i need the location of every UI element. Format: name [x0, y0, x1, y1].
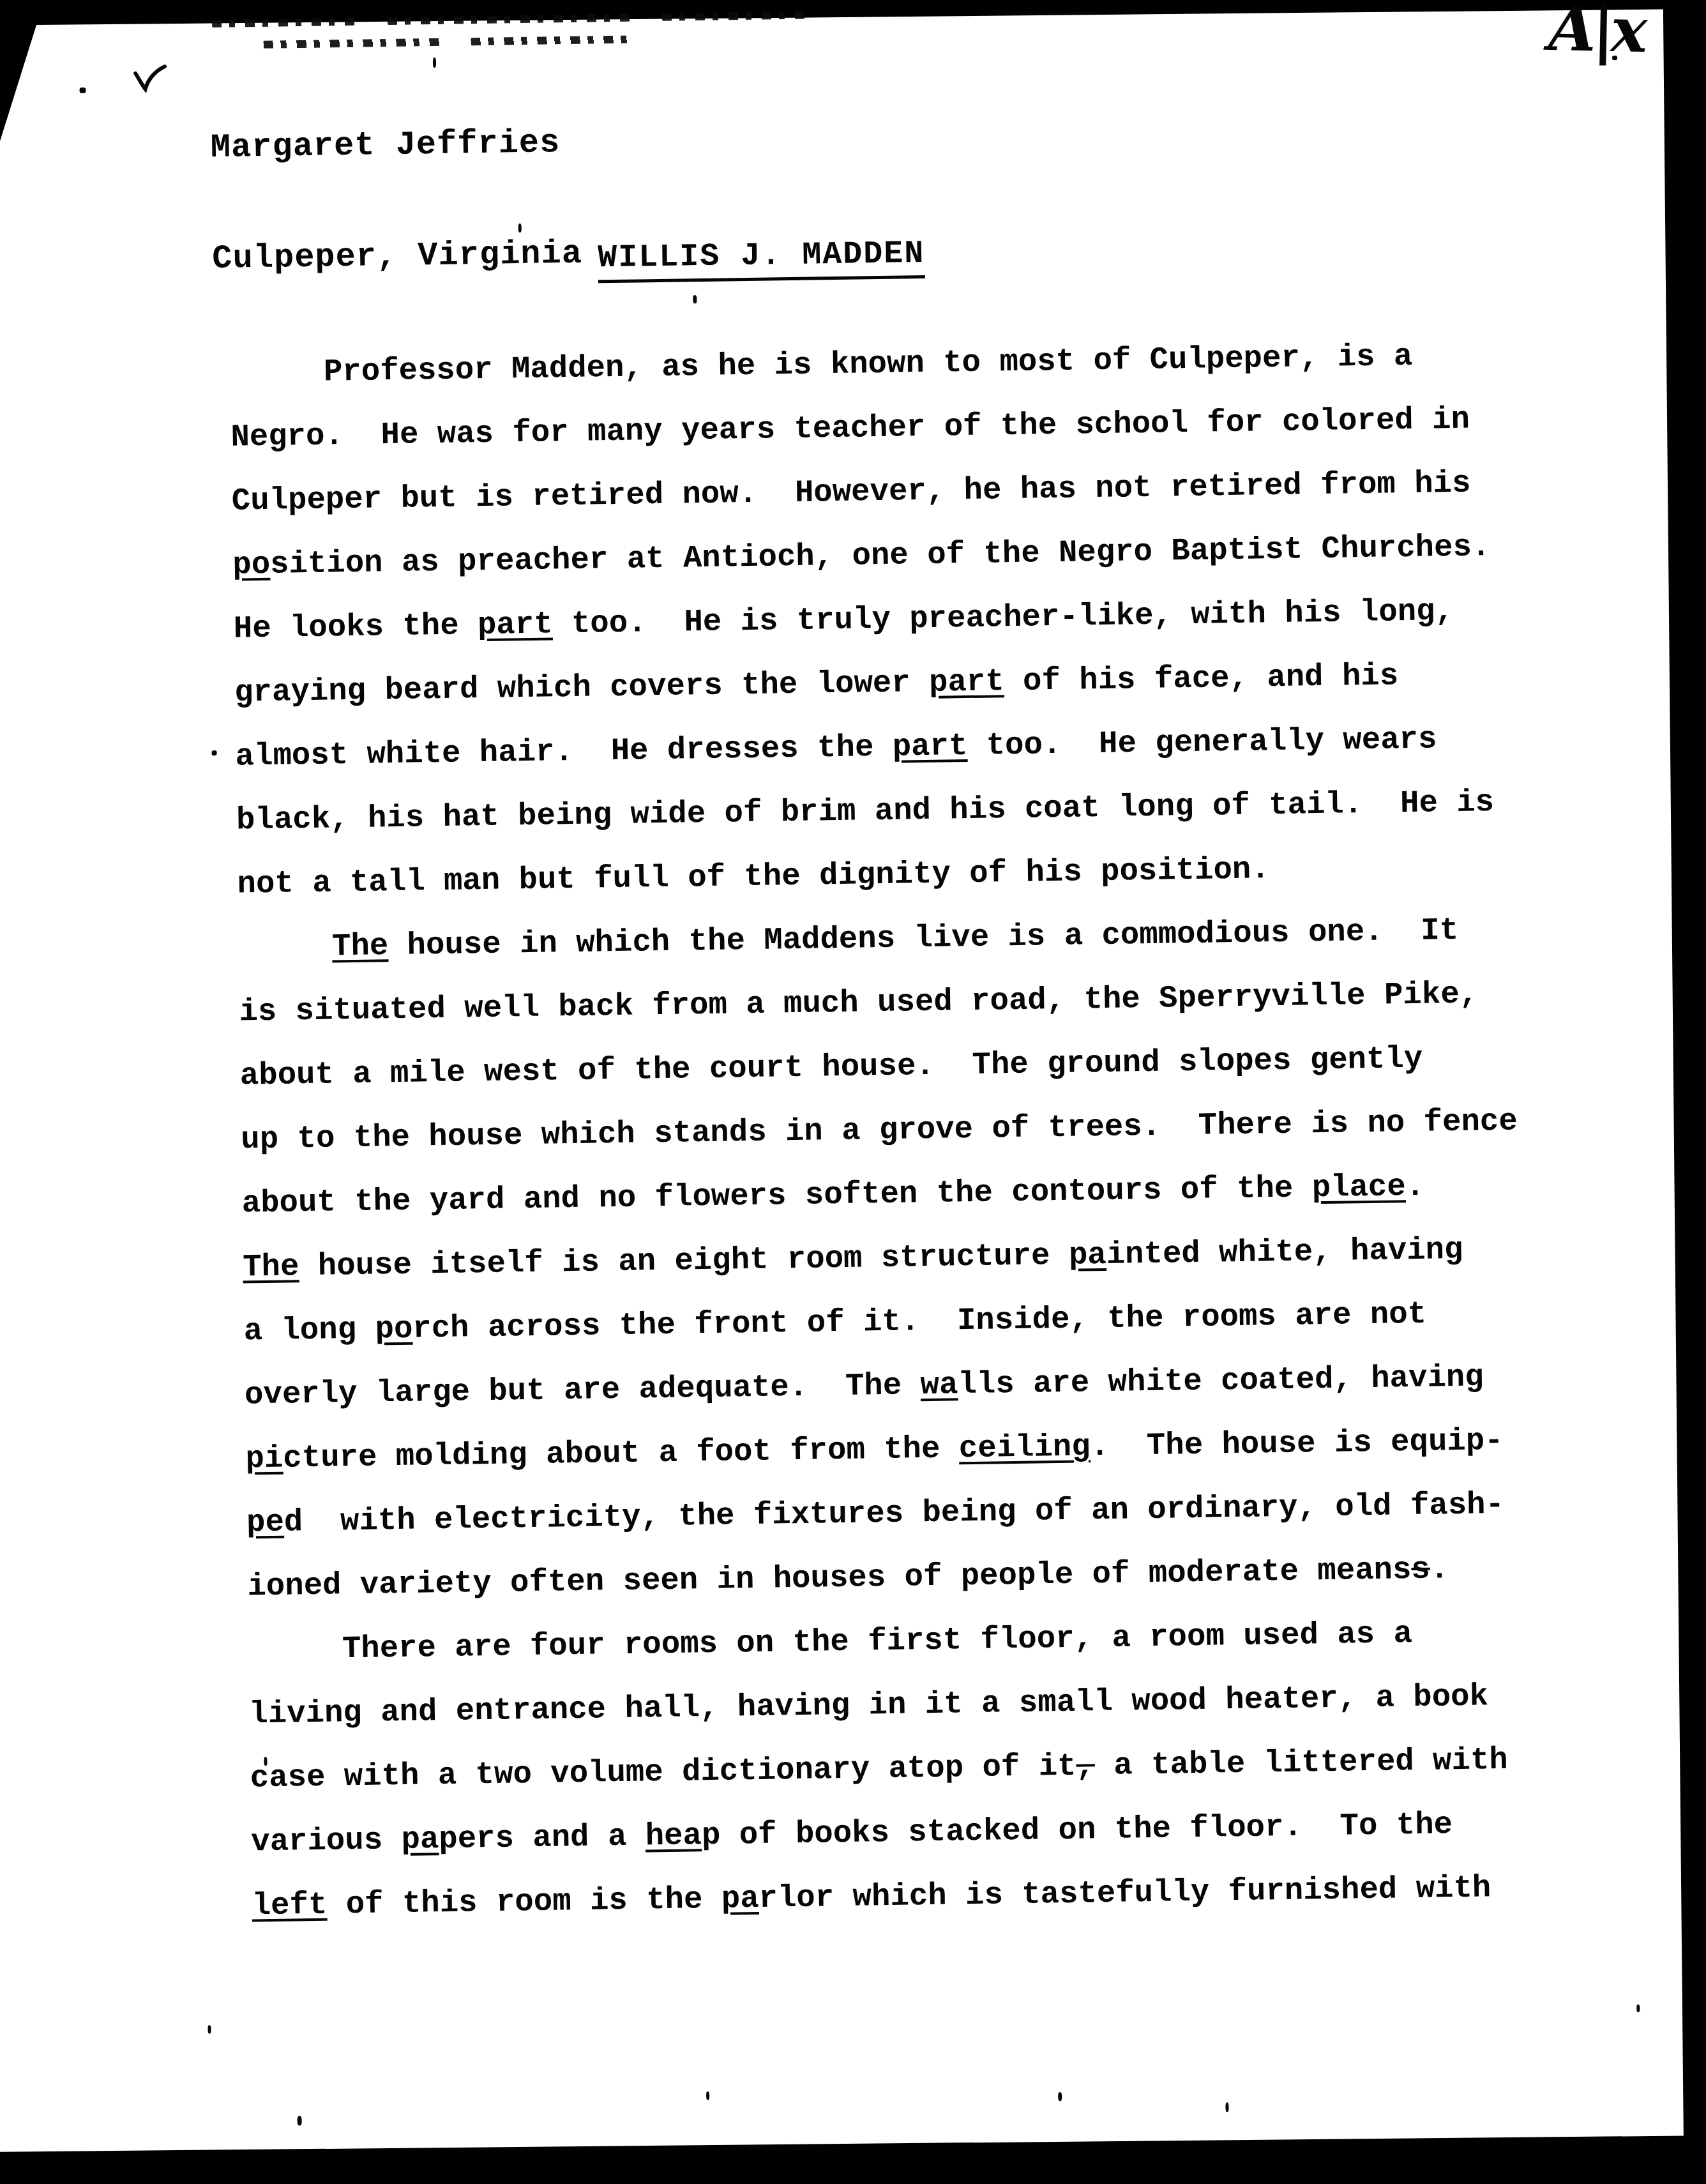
scan-speck: [208, 2025, 211, 2033]
typed-text: Negro. He was for many years teacher of …: [230, 402, 1470, 455]
typewriter-smudge: [263, 38, 445, 49]
typed-text: .: [1405, 1169, 1424, 1204]
typed-text: sition as preacher at Antioch, one of th…: [270, 529, 1491, 582]
typed-text: overly large but are adequate. The: [245, 1367, 921, 1413]
typed-text: rch across the front of it. Inside, the …: [412, 1296, 1427, 1347]
scan-speck: [79, 87, 86, 93]
typed-text-underlined: pi: [245, 1441, 283, 1477]
typed-text: . The house is equip-: [1090, 1423, 1504, 1464]
handwritten-corner-mark: A|x: [1548, 0, 1644, 66]
typed-text: There are four rooms on the first floor,…: [248, 1616, 1413, 1668]
typed-text-underlined: ceiling: [958, 1429, 1091, 1466]
typed-text-overstruck: s: [1411, 1552, 1430, 1588]
typed-text: a table littered with: [1095, 1742, 1509, 1784]
typed-text: too. He is truly preacher-like, with his…: [552, 593, 1454, 642]
typed-text: cture molding about a foot from the: [283, 1430, 959, 1476]
scan-speck: [212, 750, 217, 755]
typed-text: rlor which is tastefully furnished with: [759, 1870, 1491, 1916]
author-name: Margaret Jeffries: [210, 125, 580, 167]
typed-text-underlined: pa: [1069, 1237, 1107, 1273]
typed-text: [238, 929, 333, 966]
typed-text-underlined: po: [232, 547, 271, 583]
typewriter-smudge: [662, 11, 809, 21]
typed-text-underlined: pe: [246, 1505, 285, 1541]
typed-text-underlined: part: [892, 728, 967, 765]
scanned-page: Margaret Jeffries Culpeper, Virginia A|x…: [0, 10, 1684, 2152]
typed-text-overstruck: ,: [1076, 1748, 1095, 1784]
typed-text: p of books stacked on the floor. To the: [702, 1807, 1453, 1853]
typed-text: case with a two volume dictionary atop o…: [250, 1748, 1076, 1796]
typed-text: living and entrance hall, having in it a…: [249, 1678, 1488, 1732]
typewriter-smudge: [388, 13, 637, 25]
typewriter-smudge: [471, 35, 633, 45]
typed-text: not a tall man but full of the dignity o…: [237, 851, 1270, 902]
typed-text-underlined: place: [1311, 1169, 1406, 1206]
typed-text: graying beard which covers the lower: [234, 665, 930, 711]
typed-body: Professor Madden, as he is known to most…: [229, 322, 1606, 1938]
scan-speck: [433, 57, 436, 68]
typewriter-smudge: [212, 18, 356, 27]
typed-paragraph: Professor Madden, as he is known to most…: [229, 322, 1591, 916]
typed-text: lls are white coated, having: [958, 1359, 1484, 1402]
scan-speck: [264, 1757, 267, 1766]
typewriter-smudge-rows: [0, 3, 1661, 27]
scanner-background: { "scan": { "corner_mark": "A|x", "autho…: [0, 0, 1706, 2184]
pen-checkmark-icon: [132, 64, 172, 101]
typed-text: of his face, and his: [1004, 658, 1398, 699]
typed-text: of this room is the: [327, 1881, 721, 1923]
scan-speck: [298, 2116, 302, 2125]
typed-text-underlined: left: [252, 1887, 327, 1924]
typed-text-underlined: pa: [401, 1821, 439, 1858]
scan-speck: [1058, 2092, 1062, 2101]
typed-text: pers and a: [439, 1819, 645, 1858]
typed-text-underlined: pa: [721, 1881, 759, 1917]
typed-text: a long: [243, 1312, 375, 1349]
typed-text: d with electricity, the fixtures being o…: [283, 1487, 1504, 1540]
scan-speck: [1225, 2102, 1228, 2112]
typed-paragraph: The house in which the Maddens live is a…: [238, 897, 1601, 1619]
page-content: Margaret Jeffries Culpeper, Virginia A|x…: [0, 3, 1692, 2153]
scan-speck: [1612, 56, 1617, 60]
typed-text-underlined: po: [375, 1311, 413, 1347]
typed-text: Culpeper but is retired now. However, he…: [231, 466, 1470, 519]
scan-speck: [706, 2091, 709, 2100]
typed-text: inted white, having: [1106, 1232, 1463, 1273]
typed-text: up to the house which stands in a grove …: [241, 1103, 1518, 1158]
typed-text: .: [1430, 1551, 1449, 1587]
scan-speck: [693, 295, 697, 303]
typed-text: house itself is an eight room structure: [299, 1238, 1069, 1284]
typed-text: almost white hair. He dresses the: [235, 729, 893, 775]
typed-paragraph: There are four rooms on the first floor,…: [248, 1599, 1606, 1938]
typed-text: house in which the Maddens live is a com…: [388, 913, 1459, 964]
typed-text-underlined: part: [478, 606, 553, 643]
typed-text-underlined: The: [243, 1248, 299, 1285]
typed-text: black, his hat being wide of brim and hi…: [236, 784, 1495, 838]
typed-text: about the yard and no flowers soften the…: [241, 1170, 1312, 1221]
typed-text: too. He generally wears: [967, 721, 1437, 764]
scan-speck: [518, 224, 522, 232]
typed-text: Professor Madden, as he is known to most…: [230, 338, 1413, 391]
typed-text: is situated well back from a much used r…: [239, 976, 1478, 1029]
author-block: Margaret Jeffries Culpeper, Virginia: [209, 50, 584, 352]
typed-text-underlined: part: [929, 664, 1004, 701]
scan-speck: [1636, 2005, 1640, 2012]
typed-text-underlined: The: [332, 928, 389, 964]
typed-text: ioned variety often seen in houses of pe…: [247, 1552, 1412, 1604]
typed-text-underlined: hea: [645, 1817, 702, 1854]
typed-text: about a mile west of the court house. Th…: [240, 1041, 1423, 1094]
document-title-text: WILLIS J. MADDEN: [598, 236, 925, 283]
typed-text: various: [251, 1822, 402, 1860]
typed-text: He looks the: [233, 607, 478, 647]
typed-text-underlined: wa: [920, 1367, 958, 1403]
